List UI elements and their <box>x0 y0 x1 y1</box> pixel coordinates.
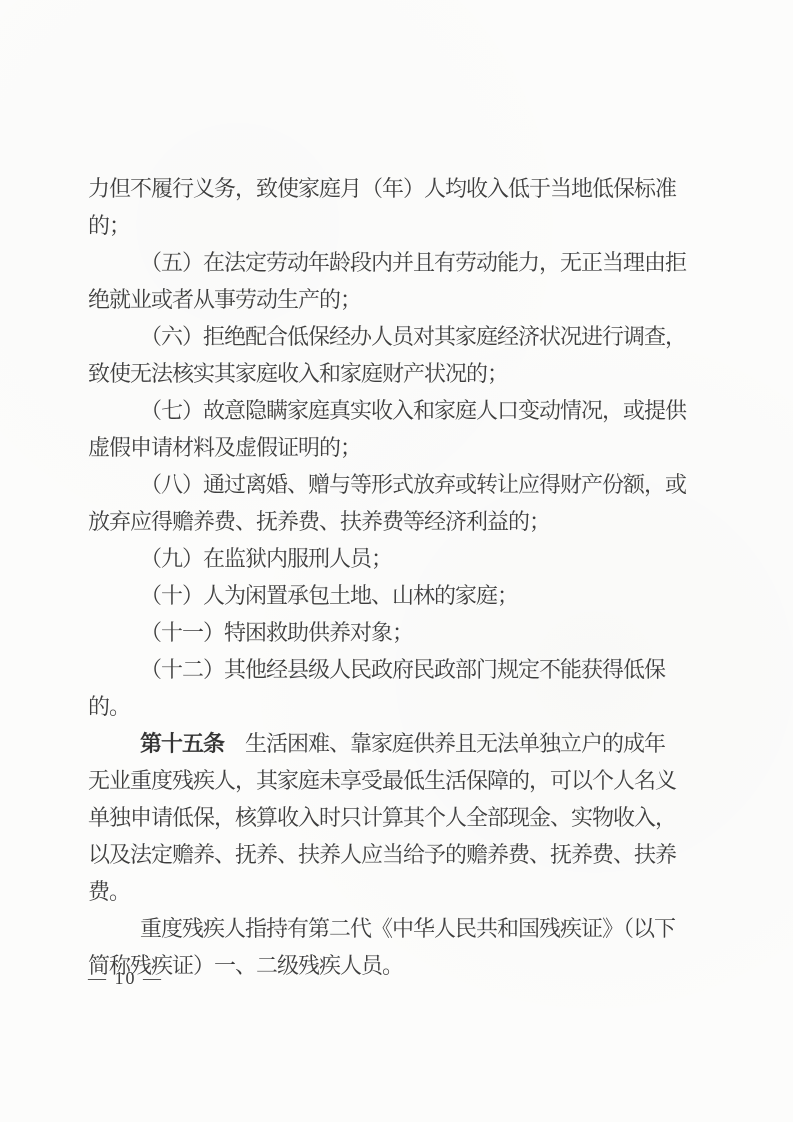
body-text: （五）在法定劳动年龄段内并且有劳动能力，无正当理由拒 <box>140 250 686 275</box>
text-line: （五）在法定劳动年龄段内并且有劳动能力，无正当理由拒 <box>88 244 712 281</box>
text-line: 的。 <box>88 688 712 725</box>
body-text: （九）在监狱内服刑人员； <box>140 546 392 571</box>
body-text: （八）通过离婚、赠与等形式放弃或转让应得财产份额，或 <box>140 472 686 497</box>
text-line: （九）在监狱内服刑人员； <box>88 540 712 577</box>
body-text: （十二）其他经县级人民政府民政部门规定不能获得低保 <box>140 657 665 682</box>
text-line: 无业重度残疾人，其家庭未享受最低生活保障的，可以个人名义 <box>88 762 712 799</box>
text-line: 放弃应得赡养费、抚养费、扶养费等经济利益的； <box>88 503 712 540</box>
text-line: 致使无法核实其家庭收入和家庭财产状况的； <box>88 355 712 392</box>
body-text: （十一）特困救助供养对象； <box>140 620 413 645</box>
body-text: 无业重度残疾人，其家庭未享受最低生活保障的，可以个人名义 <box>88 768 676 793</box>
body-text: 的； <box>88 213 130 238</box>
text-line: 的； <box>88 207 712 244</box>
body-text: （六）拒绝配合低保经办人员对其家庭经济状况进行调查， <box>140 324 686 349</box>
text-line: 力但不履行义务，致使家庭月（年）人均收入低于当地低保标准 <box>88 170 712 207</box>
document-body: 力但不履行义务，致使家庭月（年）人均收入低于当地低保标准的；（五）在法定劳动年龄… <box>88 170 712 984</box>
article-heading-text: 第十五条 <box>140 731 224 756</box>
text-line: （十一）特困救助供养对象； <box>88 614 712 651</box>
body-text: 的。 <box>88 694 130 719</box>
text-line: 重度残疾人指持有第二代《中华人民共和国残疾证》（以下 <box>88 910 712 947</box>
text-line: 绝就业或者从事劳动生产的； <box>88 281 712 318</box>
body-text: （十）人为闲置承包土地、山林的家庭； <box>140 583 518 608</box>
document-page: 力但不履行义务，致使家庭月（年）人均收入低于当地低保标准的；（五）在法定劳动年龄… <box>0 0 793 1122</box>
body-text: 虚假申请材料及虚假证明的； <box>88 435 361 460</box>
text-line: 以及法定赡养、抚养、扶养人应当给予的赡养费、抚养费、扶养 <box>88 836 712 873</box>
body-text: 重度残疾人指持有第二代《中华人民共和国残疾证》（以下 <box>140 916 675 941</box>
body-text: 力但不履行义务，致使家庭月（年）人均收入低于当地低保标准 <box>88 176 676 201</box>
body-text: 致使无法核实其家庭收入和家庭财产状况的； <box>88 361 508 386</box>
text-line: 单独申请低保，核算收入时只计算其个人全部现金、实物收入， <box>88 799 712 836</box>
body-text: （七）故意隐瞒家庭真实收入和家庭人口变动情况，或提供 <box>140 398 686 423</box>
text-line: 虚假申请材料及虚假证明的； <box>88 429 712 466</box>
body-text: 单独申请低保，核算收入时只计算其个人全部现金、实物收入， <box>88 805 676 830</box>
text-line: （七）故意隐瞒家庭真实收入和家庭人口变动情况，或提供 <box>88 392 712 429</box>
text-line: 第十五条 生活困难、靠家庭供养且无法单独立户的成年 <box>88 725 712 762</box>
text-line: 简称残疾证）一、二级残疾人员。 <box>88 947 712 984</box>
text-line: 费。 <box>88 873 712 910</box>
body-text: 绝就业或者从事劳动生产的； <box>88 287 361 312</box>
text-line: （十）人为闲置承包土地、山林的家庭； <box>88 577 712 614</box>
body-text: 费。 <box>88 879 130 904</box>
page-number: — 10 — <box>88 968 163 989</box>
text-line: （十二）其他经县级人民政府民政部门规定不能获得低保 <box>88 651 712 688</box>
text-line: （六）拒绝配合低保经办人员对其家庭经济状况进行调查， <box>88 318 712 355</box>
text-line: （八）通过离婚、赠与等形式放弃或转让应得财产份额，或 <box>88 466 712 503</box>
body-text: 生活困难、靠家庭供养且无法单独立户的成年 <box>224 731 665 756</box>
body-text: 以及法定赡养、抚养、扶养人应当给予的赡养费、抚养费、扶养 <box>88 842 676 867</box>
body-text: 放弃应得赡养费、抚养费、扶养费等经济利益的； <box>88 509 550 534</box>
